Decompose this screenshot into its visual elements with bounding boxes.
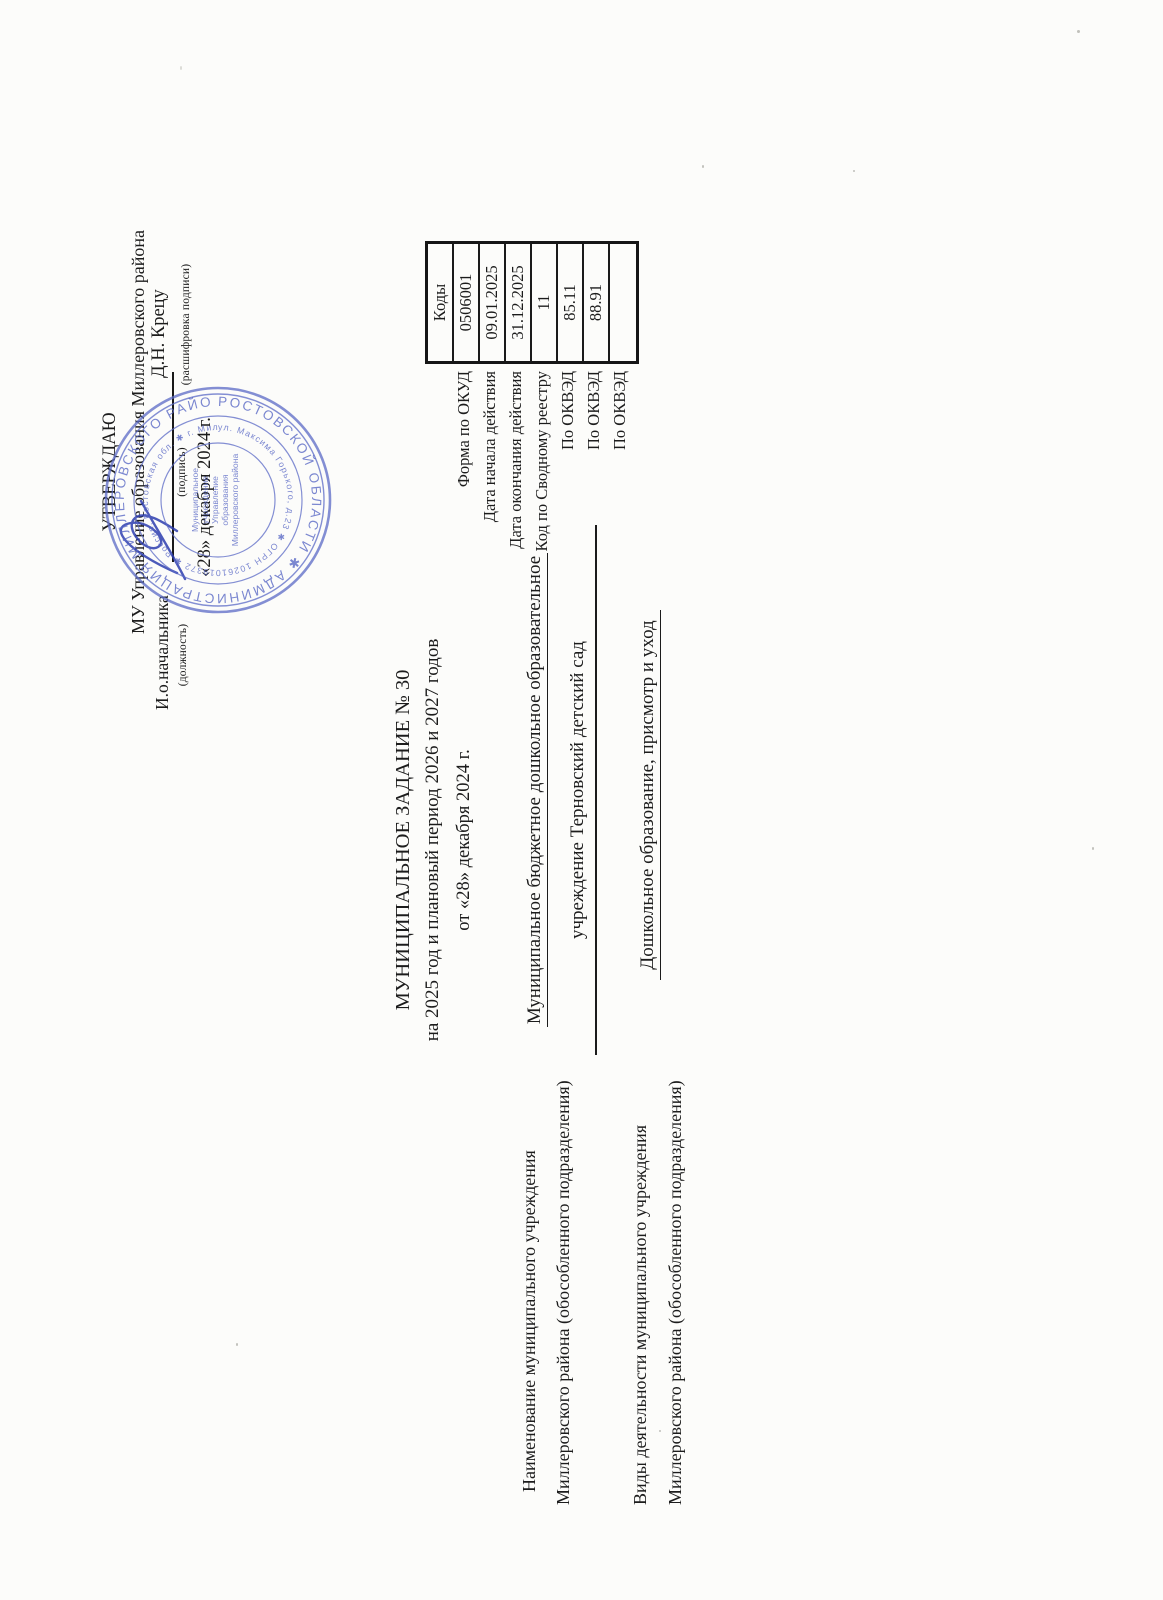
scan-speckle — [853, 170, 855, 172]
scan-speckle — [1077, 30, 1080, 33]
document-title-block: МУНИЦИПАЛЬНОЕ ЗАДАНИЕ № 30 на 2025 год и… — [389, 550, 481, 1130]
codes-value-cell: 0506001 — [454, 244, 480, 361]
scanned-document-page: УТВЕРЖДАЮ МУ Управление образования Милл… — [0, 0, 1163, 1600]
svg-text:Управление: Управление — [210, 476, 220, 524]
codes-header-cell: Коды — [428, 244, 454, 361]
document-landscape-canvas: УТВЕРЖДАЮ МУ Управление образования Милл… — [0, 0, 1163, 1600]
document-title-date: от «28» декабря 2024 г. — [448, 550, 481, 1130]
scan-speckle — [659, 1430, 661, 1432]
activity-types-label-2: Миллеровского района (обособленного подр… — [665, 1080, 686, 1505]
svg-text:Миллеровского района: Миллеровского района — [230, 454, 240, 547]
activity-types-label: Виды деятельности муниципального учрежде… — [630, 1125, 651, 1505]
name-caption: (расшифровка подписи) — [180, 252, 192, 397]
scan-speckle — [1092, 847, 1094, 850]
codes-value-cell: 88.91 — [584, 244, 610, 361]
approval-signer-name: Д.Н. Крецу — [149, 289, 170, 378]
document-title-period: на 2025 год и плановый период 2026 и 202… — [417, 550, 448, 1130]
codes-label: По ОКВЭД — [607, 364, 633, 610]
position-caption: (должность) — [177, 605, 189, 705]
codes-value-cell: 11 — [532, 244, 558, 361]
scan-speckle — [702, 165, 704, 168]
codes-value-cell: 85.11 — [558, 244, 584, 361]
codes-value-cell — [610, 244, 636, 361]
stamp-center-text: Муниципальное учреждение Управление обра… — [190, 454, 240, 547]
svg-text:образования: образования — [220, 474, 230, 526]
codes-table-values: Коды 0506001 09.01.2025 31.12.2025 11 85… — [425, 241, 639, 364]
official-round-stamp: РОСТОВСКОЙ ОБЛАСТИ ✱ АДМИНИСТРАЦИЯ МИЛЛЕ… — [98, 380, 338, 620]
scan-speckle — [236, 1343, 238, 1346]
institution-name-label-2: Миллеровского района (обособленного подр… — [553, 1080, 574, 1505]
institution-name-label: Наименование муниципального учреждения — [519, 1150, 540, 1492]
scan-speckle — [180, 66, 182, 70]
institution-name-value-line2: учреждение Терновский детский сад — [560, 525, 597, 1055]
activity-types-value: Дошкольное образование, присмотр и уход — [637, 535, 661, 1055]
codes-value-cell: 31.12.2025 — [506, 244, 532, 361]
institution-name-value-line1: Муниципальное бюджетное дошкольное образ… — [524, 525, 548, 1055]
document-title: МУНИЦИПАЛЬНОЕ ЗАДАНИЕ № 30 — [389, 550, 417, 1130]
svg-text:учреждение: учреждение — [200, 476, 210, 524]
svg-text:Муниципальное: Муниципальное — [190, 468, 200, 532]
codes-value-cell: 09.01.2025 — [480, 244, 506, 361]
